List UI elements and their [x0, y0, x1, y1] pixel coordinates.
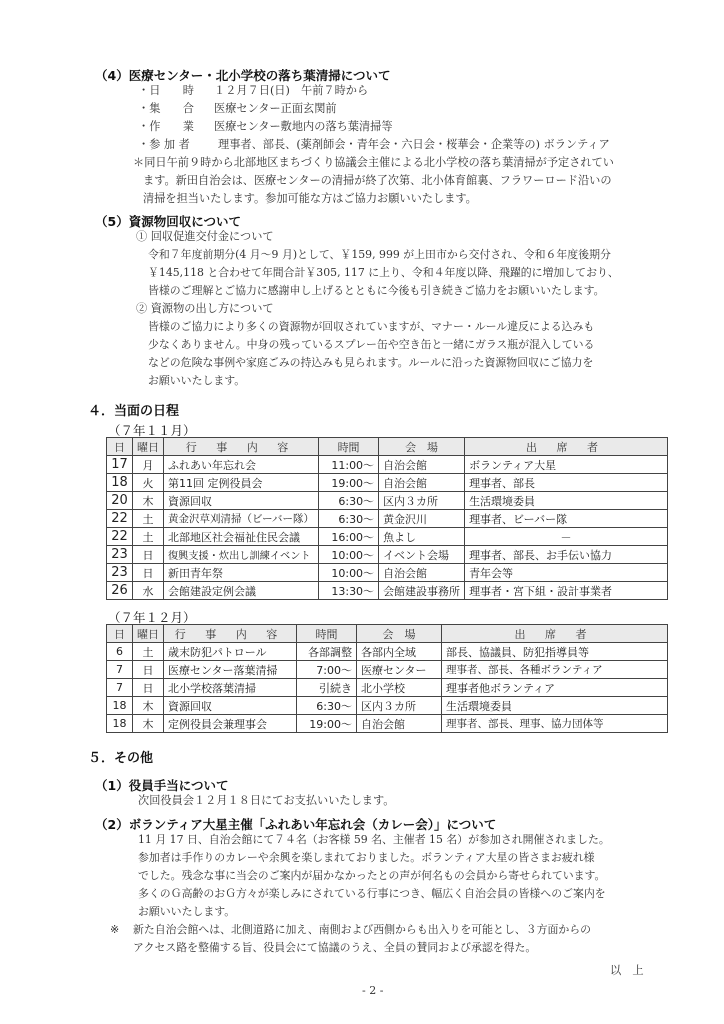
table-header-row: 日 曜日 行 事 内 容 時間 会 場 出 席 者 — [107, 438, 668, 456]
table-row: 22 土 黄金沢草刈清掃（ビーバー隊） 6:30～ 黄金沢川 理事者、ビーバー隊 — [107, 510, 668, 528]
item5-sub1-heading: ① 回収促進交付金について — [136, 228, 274, 246]
page-number: - 2 - — [362, 982, 383, 1000]
header-attendees: 出 席 者 — [465, 438, 668, 456]
cell-time: 19:00～ — [319, 474, 379, 492]
item5-sub2-heading: ② 資源物の出し方について — [136, 300, 274, 318]
other-item2-line: でした。残念な事に当会のご案内が届かなかったとの声が何名もの会員から寄せられてい… — [138, 867, 605, 885]
cell-attendees: － — [465, 528, 668, 546]
cell-weekday: 土 — [133, 643, 164, 661]
cell-venue: 区内３カ所 — [379, 492, 465, 510]
table-row: 18 木 資源回収 6:30～ 区内３カ所 生活環境委員 — [107, 697, 668, 715]
cell-time: 各部調整 — [297, 643, 357, 661]
cell-event: 会館建設定例会議 — [164, 582, 319, 600]
header-event: 行 事 内 容 — [164, 438, 319, 456]
header-time: 時間 — [297, 625, 357, 643]
item4-row-participants: ・参 加 者理事者、部長、(薬剤師会・青年会・六日会・桜華会・企業等の) ボラン… — [138, 136, 610, 154]
cell-time: 16:00～ — [319, 528, 379, 546]
cell-venue: 魚よし — [379, 528, 465, 546]
cell-venue: 自治会館 — [379, 474, 465, 492]
cell-weekday: 日 — [133, 661, 164, 679]
cell-weekday: 月 — [133, 456, 164, 474]
item4-note-line: 清掃を担当いたします。参加可能な方はご協力お願いいたします。 — [143, 190, 477, 208]
cell-event: 北小学校落葉清掃 — [164, 679, 297, 697]
header-venue: 会 場 — [357, 625, 442, 643]
cell-time: 引続き — [297, 679, 357, 697]
cell-venue: 会館建設事務所 — [379, 582, 465, 600]
cell-event: 第11回 定例役員会 — [164, 474, 319, 492]
cell-event: 歳末防犯パトロール — [164, 643, 297, 661]
row-label: ・日 時 — [138, 82, 214, 100]
cell-time: 13:30～ — [319, 582, 379, 600]
header-day: 日 — [107, 625, 133, 643]
item5-sub2-line: 皆様のご協力により多くの資源物が回収されていますが、マナー・ルール違反による込み… — [148, 318, 594, 336]
header-venue: 会 場 — [379, 438, 465, 456]
cell-day: 23 — [107, 564, 133, 582]
cell-venue: 各部内全域 — [357, 643, 442, 661]
cell-attendees: 理事者、部長、理事、協力団体等 — [442, 715, 668, 733]
table-row: 6 土 歳末防犯パトロール 各部調整 各部内全域 部長、協議員、防犯指導員等 — [107, 643, 668, 661]
table-row: 18 木 定例役員会兼理事会 19:00～ 自治会館 理事者、部長、理事、協力団… — [107, 715, 668, 733]
cell-attendees: 理事者、部長、お手伝い協力 — [465, 546, 668, 564]
item4-row-meet: ・集 合医療センター正面玄関前 — [138, 100, 337, 118]
header-weekday: 曜日 — [133, 438, 164, 456]
cell-attendees: 理事者、部長、各種ボランティア — [442, 661, 668, 679]
other-item2-line: 11 月 17 日、自治会館にて７４名（お客様 59 名、主催者 15 名）が参… — [138, 831, 610, 849]
cell-day: 7 — [107, 679, 133, 697]
row-value: 理事者、部長、(薬剤師会・青年会・六日会・桜華会・企業等の) ボランティア — [218, 138, 610, 151]
cell-day: 22 — [107, 528, 133, 546]
item5-sub1-line: 皆様のご理解とご協力に感謝申し上げるとともに今後も引き続きご協力をお願いいたしま… — [148, 282, 605, 300]
cell-event: 新田青年祭 — [164, 564, 319, 582]
cell-weekday: 水 — [133, 582, 164, 600]
cell-venue: 黄金沢川 — [379, 510, 465, 528]
cell-venue: イベント会場 — [379, 546, 465, 564]
schedule-section-title: ４．当面の日程 — [88, 400, 179, 419]
cell-attendees: 部長、協議員、防犯指導員等 — [442, 643, 668, 661]
cell-attendees: 理事者他ボランティア — [442, 679, 668, 697]
other-item2-line: お願いいたします。 — [138, 903, 235, 921]
row-label: ・集 合 — [138, 100, 214, 118]
note-mark: ※ — [110, 921, 119, 939]
row-value: １２月７日(日) 午前７時から — [214, 84, 368, 97]
other-item2-line: 多くのＧ高齢のおＧ方々が楽しみにされている行事につき、幅広く自治会員の皆様へのご… — [138, 885, 606, 903]
table-row: 23 日 新田青年祭 10:00～ 自治会館 青年会等 — [107, 564, 668, 582]
cell-attendees: ボランティア大星 — [465, 456, 668, 474]
cell-day: 6 — [107, 643, 133, 661]
cell-venue: 北小学校 — [357, 679, 442, 697]
item5-sub2-line: お願いいたします。 — [148, 372, 245, 390]
table-row: 22 土 北部地区社会福祉住民会議 16:00～ 魚よし － — [107, 528, 668, 546]
header-day: 日 — [107, 438, 133, 456]
cell-time: 6:30～ — [319, 510, 379, 528]
item4-note-line: ます。新田自治会は、医療センターの清掃が終了次第、北小体育館裏、フラワーロード沿… — [143, 172, 612, 190]
table-row: 18 火 第11回 定例役員会 19:00～ 自治会館 理事者、部長 — [107, 474, 668, 492]
cell-weekday: 日 — [133, 546, 164, 564]
cell-weekday: 木 — [133, 715, 164, 733]
cell-day: 17 — [107, 456, 133, 474]
table-row: 17 月 ふれあい年忘れ会 11:00～ 自治会館 ボランティア大星 — [107, 456, 668, 474]
cell-day: 23 — [107, 546, 133, 564]
cell-event: ふれあい年忘れ会 — [164, 456, 319, 474]
cell-attendees: 青年会等 — [465, 564, 668, 582]
cell-time: 10:00～ — [319, 564, 379, 582]
header-weekday: 曜日 — [133, 625, 164, 643]
cell-weekday: 土 — [133, 528, 164, 546]
closing-mark: 以 上 — [610, 962, 644, 980]
row-label: ・参 加 者 — [138, 136, 218, 154]
cell-attendees: 理事者、ビーバー隊 — [465, 510, 668, 528]
cell-weekday: 日 — [133, 679, 164, 697]
table-row: 7 日 医療センター落葉清掃 7:00～ 医療センター 理事者、部長、各種ボラン… — [107, 661, 668, 679]
cell-attendees: 理事者、部長 — [465, 474, 668, 492]
item5-sub2-line: などの危険な事例や家庭ごみの持込みも見られます。ルールに沿った資源物回収にご協力… — [148, 354, 593, 372]
cell-weekday: 木 — [133, 697, 164, 715]
cell-weekday: 火 — [133, 474, 164, 492]
table-row: 7 日 北小学校落葉清掃 引続き 北小学校 理事者他ボランティア — [107, 679, 668, 697]
row-label: ・作 業 — [138, 118, 214, 136]
cell-time: 19:00～ — [297, 715, 357, 733]
cell-day: 22 — [107, 510, 133, 528]
note-line: アクセス路を整備する旨、役員会にて協議のうえ、全員の賛同および承認を得た。 — [133, 939, 536, 957]
november-schedule-table: 日 曜日 行 事 内 容 時間 会 場 出 席 者 17 月 ふれあい年忘れ会 … — [106, 437, 668, 600]
cell-venue: 自治会館 — [379, 456, 465, 474]
cell-time: 6:30～ — [297, 697, 357, 715]
cell-time: 7:00～ — [297, 661, 357, 679]
header-attendees: 出 席 者 — [442, 625, 668, 643]
item4-row-date: ・日 時１２月７日(日) 午前７時から — [138, 82, 368, 100]
cell-weekday: 木 — [133, 492, 164, 510]
cell-weekday: 土 — [133, 510, 164, 528]
cell-day: 18 — [107, 474, 133, 492]
cell-weekday: 日 — [133, 564, 164, 582]
cell-attendees: 理事者・宮下組・設計事業者 — [465, 582, 668, 600]
item5-sub1-line: ￥145,118 と合わせて年間合計￥305, 117 に上り、令和４年度以降、… — [148, 264, 619, 282]
cell-event: 定例役員会兼理事会 — [164, 715, 297, 733]
other-item1-text: 次回役員会１２月１８日にてお支払いいたします。 — [138, 792, 394, 810]
cell-venue: 区内３カ所 — [357, 697, 442, 715]
cell-venue: 自治会館 — [379, 564, 465, 582]
row-value: 医療センター正面玄関前 — [214, 102, 337, 115]
item5-sub2-line: 少なくありません。中身の残っているスプレー缶や空き缶と一緒にガラス瓶が混入してい… — [148, 336, 594, 354]
cell-day: 20 — [107, 492, 133, 510]
item5-sub1-line: 令和７年度前期分(4 月～9 月)として、￥159, 999 が上田市から交付さ… — [148, 246, 611, 264]
cell-attendees: 生活環境委員 — [465, 492, 668, 510]
table-row: 23 日 復興支援・炊出し訓練イベント 10:00～ イベント会場 理事者、部長… — [107, 546, 668, 564]
cell-event: 資源回収 — [164, 697, 297, 715]
december-schedule-table: 日 曜日 行 事 内 容 時間 会 場 出 席 者 6 土 歳末防犯パトロール … — [106, 624, 668, 733]
cell-event: 北部地区社会福祉住民会議 — [164, 528, 319, 546]
header-event: 行 事 内 容 — [164, 625, 297, 643]
cell-event: 復興支援・炊出し訓練イベント — [164, 546, 319, 564]
cell-event: 資源回収 — [164, 492, 319, 510]
note-line: 新た自治会館へは、北側道路に加え、南側および西側からも出入りを可能とし、３方面か… — [133, 921, 591, 939]
cell-time: 6:30～ — [319, 492, 379, 510]
item4-row-work: ・作 業医療センター敷地内の落ち葉清掃等 — [138, 118, 393, 136]
cell-event: 黄金沢草刈清掃（ビーバー隊） — [164, 510, 319, 528]
cell-event: 医療センター落葉清掃 — [164, 661, 297, 679]
table-row: 26 水 会館建設定例会議 13:30～ 会館建設事務所 理事者・宮下組・設計事… — [107, 582, 668, 600]
table-header-row: 日 曜日 行 事 内 容 時間 会 場 出 席 者 — [107, 625, 668, 643]
cell-day: 18 — [107, 715, 133, 733]
cell-day: 26 — [107, 582, 133, 600]
cell-attendees: 生活環境委員 — [442, 697, 668, 715]
cell-venue: 医療センター — [357, 661, 442, 679]
cell-day: 18 — [107, 697, 133, 715]
item4-note-line: ＊同日午前９時から北部地区まちづくり協議会主催による北小学校の落ち葉清掃が予定さ… — [133, 154, 614, 172]
cell-day: 7 — [107, 661, 133, 679]
other-item2-line: 参加者は手作りのカレーや余興を楽しまれておりました。ボランティア大星の皆さまお疲… — [138, 849, 595, 867]
other-section-title: ５．その他 — [88, 747, 153, 766]
table-row: 20 木 資源回収 6:30～ 区内３カ所 生活環境委員 — [107, 492, 668, 510]
row-value: 医療センター敷地内の落ち葉清掃等 — [214, 120, 393, 133]
header-time: 時間 — [319, 438, 379, 456]
cell-time: 11:00～ — [319, 456, 379, 474]
cell-time: 10:00～ — [319, 546, 379, 564]
cell-venue: 自治会館 — [357, 715, 442, 733]
